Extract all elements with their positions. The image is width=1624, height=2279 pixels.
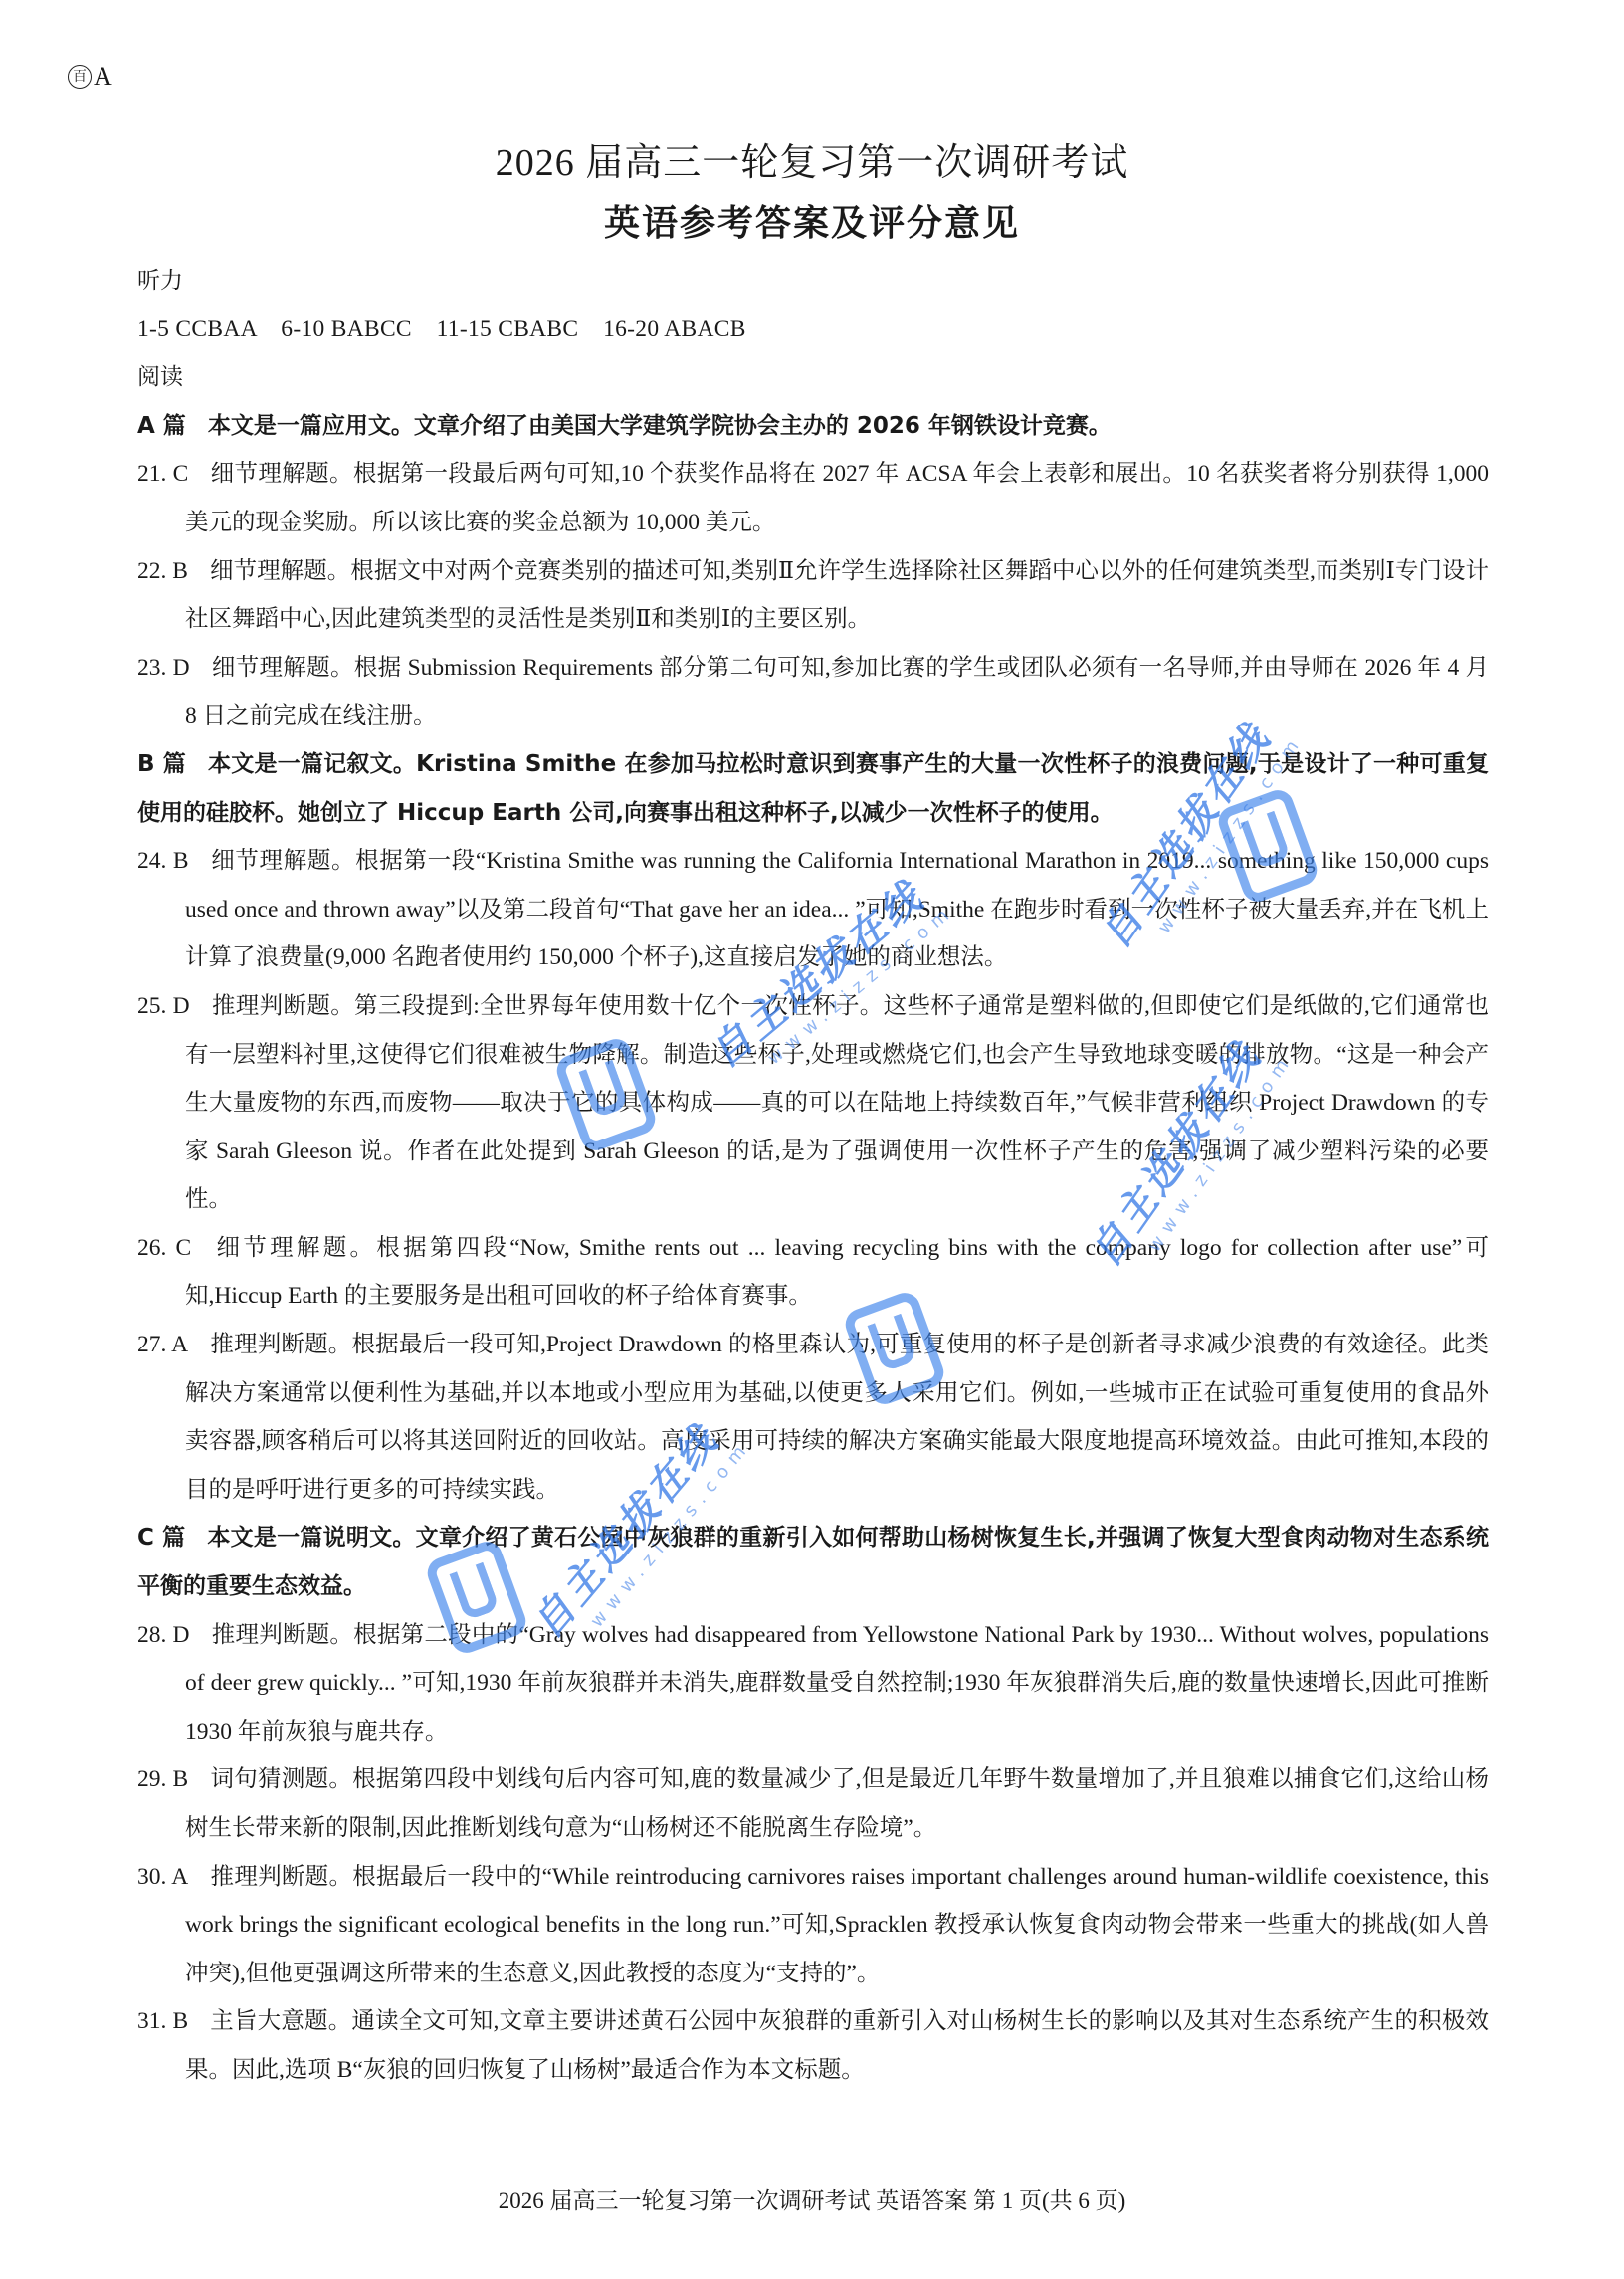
passage-label: A 篇 bbox=[137, 413, 186, 439]
question-explanation: 细节理解题。根据第四段“Now, Smithe rents out ... le… bbox=[185, 1235, 1489, 1310]
question-explanation: 细节理解题。根据文中对两个竞赛类别的描述可知,类别Ⅱ允许学生选择除社区舞蹈中心以… bbox=[185, 558, 1489, 633]
question-answer: C bbox=[173, 461, 189, 487]
question-answer: C bbox=[176, 1235, 192, 1261]
question-explanation: 推理判断题。根据最后一段中的“While reintroducing carni… bbox=[185, 1864, 1489, 1986]
question-explanation: 词句猜测题。根据第四段中划线句后内容可知,鹿的数量减少了,但是最近几年野牛数量增… bbox=[185, 1766, 1489, 1841]
question-explanation: 推理判断题。第三段提到:全世界每年使用数十亿个一次性杯子。这些杯子通常是塑料做的… bbox=[185, 993, 1489, 1212]
question-answer: D bbox=[173, 1622, 190, 1648]
question-number: 30. bbox=[137, 1853, 166, 1902]
question-explanation: 细节理解题。根据第一段最后两句可知,10 个获奖作品将在 2027 年 ACSA… bbox=[185, 461, 1489, 535]
question-number: 31. bbox=[137, 1997, 166, 2046]
question-number: 23. bbox=[137, 644, 166, 693]
question-25: 25. D推理判断题。第三段提到:全世界每年使用数十亿个一次性杯子。这些杯子通常… bbox=[137, 982, 1489, 1224]
question-number: 26. bbox=[137, 1224, 166, 1273]
question-number: 25. bbox=[137, 982, 166, 1031]
question-number: 28. bbox=[137, 1611, 166, 1660]
question-explanation: 主旨大意题。通读全文可知,文章主要讲述黄石公园中灰狼群的重新引入对山杨树生长的影… bbox=[185, 2008, 1489, 2083]
question-explanation: 推理判断题。根据最后一段可知,Project Drawdown 的格里森认为,可… bbox=[185, 1332, 1489, 1503]
question-21: 21. C细节理解题。根据第一段最后两句可知,10 个获奖作品将在 2027 年… bbox=[137, 450, 1489, 546]
question-24: 24. B细节理解题。根据第一段“Kristina Smithe was run… bbox=[137, 837, 1489, 982]
document-subtitle: 英语参考答案及评分意见 bbox=[0, 195, 1624, 246]
listening-answers: 1-5 CCBAA 6-10 BABCC 11-15 CBABC 16-20 A… bbox=[137, 306, 1489, 354]
question-number: 22. bbox=[137, 547, 166, 596]
question-29: 29. B词句猜测题。根据第四段中划线句后内容可知,鹿的数量减少了,但是最近几年… bbox=[137, 1756, 1489, 1852]
question-27: 27. A推理判断题。根据最后一段可知,Project Drawdown 的格里… bbox=[137, 1321, 1489, 1514]
version-letter: A bbox=[94, 62, 112, 92]
circled-glyph: 百 bbox=[68, 65, 92, 89]
question-explanation: 细节理解题。根据第一段“Kristina Smithe was running … bbox=[185, 848, 1489, 970]
passage-b-summary: B 篇本文是一篇记叙文。Kristina Smithe 在参加马拉松时意识到赛事… bbox=[137, 740, 1489, 837]
answer-content: 听力 1-5 CCBAA 6-10 BABCC 11-15 CBABC 16-2… bbox=[137, 257, 1489, 2095]
question-number: 24. bbox=[137, 837, 166, 886]
passage-c-summary: C 篇本文是一篇说明文。文章介绍了黄石公园中灰狼群的重新引入如何帮助山杨树恢复生… bbox=[137, 1514, 1489, 1610]
passage-summary: 本文是一篇应用文。文章介绍了由美国大学建筑学院协会主办的 2026 年钢铁设计竞… bbox=[208, 413, 1112, 439]
passage-label: B 篇 bbox=[137, 751, 186, 777]
question-answer: A bbox=[171, 1864, 188, 1890]
document-title: 2026 届高三一轮复习第一次调研考试 bbox=[0, 131, 1624, 186]
passage-summary: 本文是一篇记叙文。Kristina Smithe 在参加马拉松时意识到赛事产生的… bbox=[137, 751, 1489, 826]
question-answer: D bbox=[173, 655, 190, 681]
question-answer: B bbox=[173, 1766, 189, 1792]
question-number: 27. bbox=[137, 1321, 166, 1369]
question-31: 31. B主旨大意题。通读全文可知,文章主要讲述黄石公园中灰狼群的重新引入对山杨… bbox=[137, 1997, 1489, 2094]
question-26: 26. C细节理解题。根据第四段“Now, Smithe rents out .… bbox=[137, 1224, 1489, 1321]
question-28: 28. D推理判断题。根据第二段中的“Gray wolves had disap… bbox=[137, 1611, 1489, 1757]
question-answer: B bbox=[172, 2008, 188, 2034]
question-number: 21. bbox=[137, 450, 166, 499]
passage-summary: 本文是一篇说明文。文章介绍了黄石公园中灰狼群的重新引入如何帮助山杨树恢复生长,并… bbox=[137, 1525, 1489, 1599]
question-answer: B bbox=[173, 848, 189, 874]
question-30: 30. A推理判断题。根据最后一段中的“While reintroducing … bbox=[137, 1853, 1489, 1998]
page-footer: 2026 届高三一轮复习第一次调研考试 英语答案 第 1 页(共 6 页) bbox=[0, 2182, 1624, 2215]
question-explanation: 细节理解题。根据 Submission Requirements 部分第二句可知… bbox=[185, 655, 1489, 729]
question-answer: A bbox=[171, 1332, 188, 1357]
question-answer: D bbox=[173, 993, 190, 1019]
question-number: 29. bbox=[137, 1756, 166, 1804]
question-explanation: 推理判断题。根据第二段中的“Gray wolves had disappeare… bbox=[185, 1622, 1489, 1745]
corner-mark: 百 A bbox=[68, 62, 112, 92]
passage-label: C 篇 bbox=[137, 1525, 185, 1551]
listening-heading: 听力 bbox=[137, 257, 1489, 306]
reading-heading: 阅读 bbox=[137, 353, 1489, 402]
question-answer: B bbox=[172, 558, 188, 584]
question-23: 23. D细节理解题。根据 Submission Requirements 部分… bbox=[137, 644, 1489, 740]
question-22: 22. B细节理解题。根据文中对两个竞赛类别的描述可知,类别Ⅱ允许学生选择除社区… bbox=[137, 547, 1489, 644]
passage-a-summary: A 篇本文是一篇应用文。文章介绍了由美国大学建筑学院协会主办的 2026 年钢铁… bbox=[137, 402, 1489, 451]
